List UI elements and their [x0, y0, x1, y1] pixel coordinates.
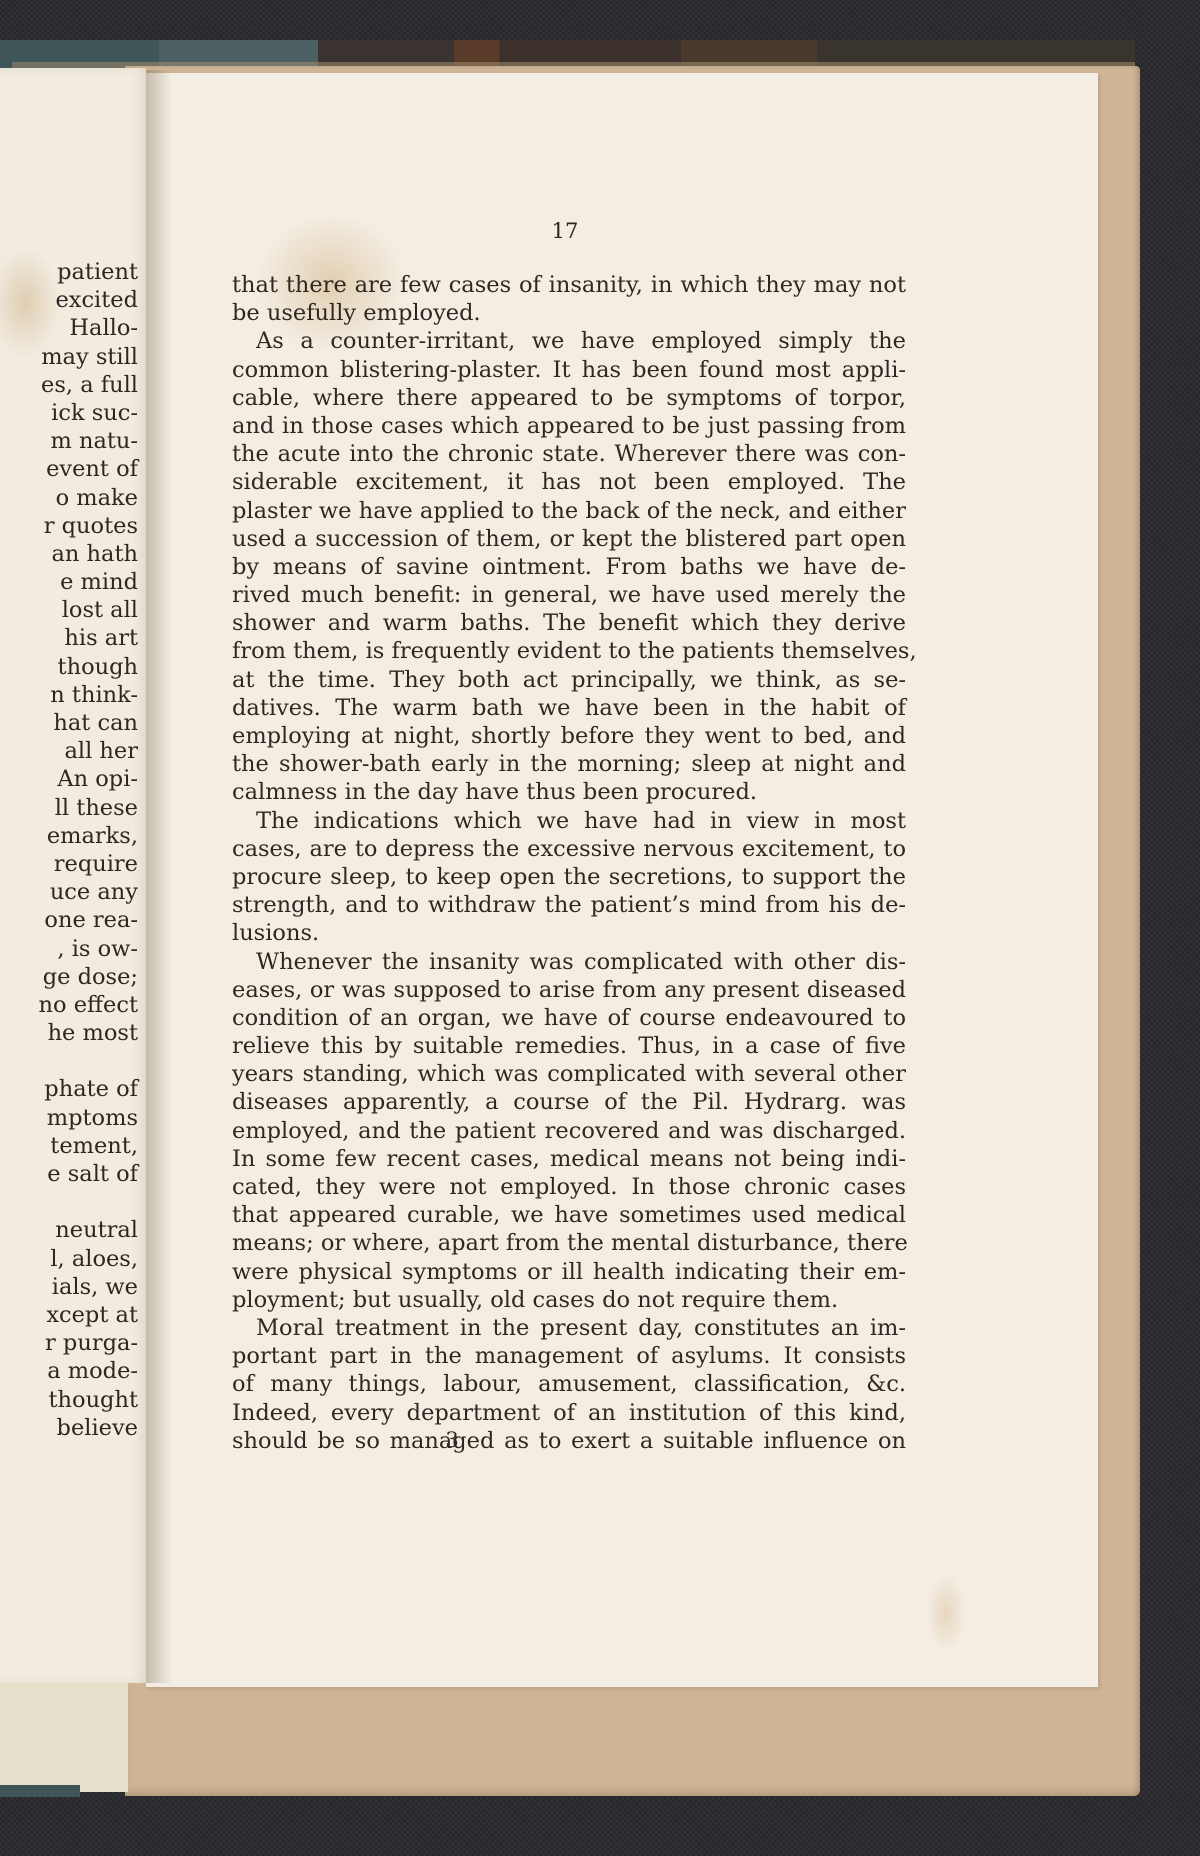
- left-page-line-fragment: Hallo-: [0, 314, 138, 342]
- book-cover-top-edge: [0, 40, 1135, 68]
- left-page-line-fragment: o make: [0, 484, 138, 512]
- left-page-line-fragment: n think-: [0, 681, 138, 709]
- text-line: the shower-bath early in the morning; sl…: [232, 750, 906, 778]
- left-page-line-fragment: [0, 1047, 138, 1075]
- text-line: strength, and to withdraw the patient’s …: [232, 891, 906, 919]
- text-line: at the time. They both act principally, …: [232, 666, 906, 694]
- left-page-line-fragment: he most: [0, 1019, 138, 1047]
- text-line: procure sleep, to keep open the secretio…: [232, 863, 906, 891]
- cover-cloth-bottom: [0, 1785, 80, 1797]
- text-line: common blistering-plaster. It has been f…: [232, 356, 906, 384]
- left-page-text: patientexcitedHallo-may stilles, a fulli…: [0, 258, 138, 1442]
- text-line: lusions.: [232, 919, 906, 947]
- left-page-line-fragment: xcept at: [0, 1301, 138, 1329]
- left-page-line-fragment: mptoms: [0, 1104, 138, 1132]
- left-page-line-fragment: e salt of: [0, 1160, 138, 1188]
- text-line: diseases apparently, a course of the Pil…: [232, 1088, 906, 1116]
- page-number: 17: [540, 219, 590, 243]
- left-page-line-fragment: ge dose;: [0, 963, 138, 991]
- signature-mark: 3: [432, 1428, 472, 1452]
- text-line: years standing, which was complicated wi…: [232, 1060, 906, 1088]
- foxing-stain: [926, 1573, 966, 1653]
- left-page-line-fragment: patient: [0, 258, 138, 286]
- left-page-line-fragment: excited: [0, 286, 138, 314]
- left-page-line-fragment: ll these: [0, 794, 138, 822]
- text-line: shower and warm baths. The benefit which…: [232, 609, 906, 637]
- left-page-line-fragment: a mode-: [0, 1357, 138, 1385]
- text-line: by means of savine ointment. From baths …: [232, 553, 906, 581]
- text-line: be usefully employed.: [232, 299, 906, 327]
- text-line: relieve this by suitable remedies. Thus,…: [232, 1032, 906, 1060]
- text-line: and in those cases which appeared to be …: [232, 412, 906, 440]
- left-page-line-fragment: , is ow-: [0, 935, 138, 963]
- left-page-line-fragment: his art: [0, 624, 138, 652]
- text-line: Moral treatment in the present day, cons…: [232, 1314, 906, 1342]
- left-page-line-fragment: all her: [0, 737, 138, 765]
- left-facing-page: patientexcitedHallo-may stilles, a fulli…: [0, 68, 146, 1683]
- text-line: condition of an organ, we have of course…: [232, 1004, 906, 1032]
- left-page-line-fragment: hat can: [0, 709, 138, 737]
- text-line: cated, they were not employed. In those …: [232, 1173, 906, 1201]
- left-page-line-fragment: l, aloes,: [0, 1245, 138, 1273]
- text-line: In some few recent cases, medical means …: [232, 1145, 906, 1173]
- text-line: that there are few cases of insanity, in…: [232, 271, 906, 299]
- endpaper: [0, 1680, 128, 1792]
- text-line: The indications which we have had in vie…: [232, 807, 906, 835]
- text-line: cases, are to depress the excessive nerv…: [232, 835, 906, 863]
- text-line: that appeared curable, we have sometimes…: [232, 1201, 906, 1229]
- left-page-line-fragment: thought: [0, 1386, 138, 1414]
- text-line: portant part in the management of asylum…: [232, 1342, 906, 1370]
- text-line: were physical symptoms or ill health ind…: [232, 1258, 906, 1286]
- text-line: cable, where there appeared to be sympto…: [232, 384, 906, 412]
- left-page-line-fragment: no effect: [0, 991, 138, 1019]
- left-page-line-fragment: lost all: [0, 596, 138, 624]
- left-page-line-fragment: r quotes: [0, 512, 138, 540]
- text-line: datives. The warm bath we have been in t…: [232, 694, 906, 722]
- left-page-line-fragment: es, a full: [0, 371, 138, 399]
- left-page-line-fragment: r purga-: [0, 1329, 138, 1357]
- text-line: should be so managed as to exert a suita…: [232, 1427, 906, 1455]
- left-page-line-fragment: ick suc-: [0, 399, 138, 427]
- left-page-line-fragment: tement,: [0, 1132, 138, 1160]
- text-line: employed, and the patient recovered and …: [232, 1117, 906, 1145]
- left-page-line-fragment: one rea-: [0, 906, 138, 934]
- left-page-line-fragment: ials, we: [0, 1273, 138, 1301]
- left-page-line-fragment: though: [0, 653, 138, 681]
- text-line: used a succession of them, or kept the b…: [232, 525, 906, 553]
- text-line: of many things, labour, amusement, class…: [232, 1370, 906, 1398]
- left-page-line-fragment: emarks,: [0, 822, 138, 850]
- left-page-line-fragment: uce any: [0, 878, 138, 906]
- text-line: Whenever the insanity was complicated wi…: [232, 948, 906, 976]
- page-gutter-shadow: [146, 70, 172, 1683]
- text-line: ployment; but usually, old cases do not …: [232, 1286, 906, 1314]
- text-line: plaster we have applied to the back of t…: [232, 497, 906, 525]
- left-page-line-fragment: [0, 1188, 138, 1216]
- text-line: the acute into the chronic state. Wherev…: [232, 440, 906, 468]
- left-page-line-fragment: e mind: [0, 568, 138, 596]
- left-page-line-fragment: An opi-: [0, 765, 138, 793]
- left-page-line-fragment: require: [0, 850, 138, 878]
- text-line: means; or where, apart from the mental d…: [232, 1229, 906, 1257]
- left-page-line-fragment: event of: [0, 455, 138, 483]
- left-page-line-fragment: believe: [0, 1414, 138, 1442]
- body-text: that there are few cases of insanity, in…: [232, 271, 906, 1455]
- text-line: As a counter-irritant, we have employed …: [232, 327, 906, 355]
- text-line: siderable excitement, it has not been em…: [232, 468, 906, 496]
- left-page-line-fragment: may still: [0, 343, 138, 371]
- left-page-line-fragment: neutral: [0, 1216, 138, 1244]
- text-line: Indeed, every department of an instituti…: [232, 1399, 906, 1427]
- text-line: employing at night, shortly before they …: [232, 722, 906, 750]
- left-page-line-fragment: phate of: [0, 1075, 138, 1103]
- text-line: calmness in the day have thus been procu…: [232, 778, 906, 806]
- text-line: eases, or was supposed to arise from any…: [232, 976, 906, 1004]
- left-page-line-fragment: m natu-: [0, 427, 138, 455]
- left-page-line-fragment: an hath: [0, 540, 138, 568]
- text-line: rived much benefit: in general, we have …: [232, 581, 906, 609]
- text-line: from them, is frequently evident to the …: [232, 637, 906, 665]
